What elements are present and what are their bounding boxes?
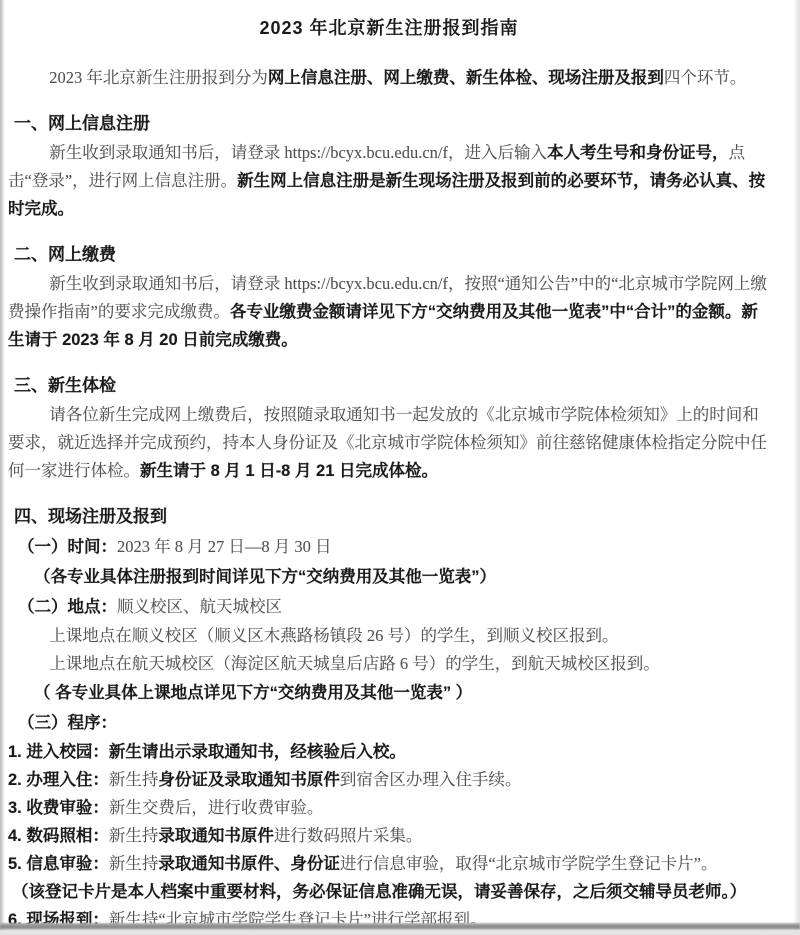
scan-bottom-edge-bar	[0, 923, 800, 930]
section-4-location: （二）地点：顺义校区、航天城校区	[8, 592, 770, 622]
text-run: 进行数码照片采集。	[274, 826, 423, 845]
section-4-time: （一）时间：2023 年 8 月 27 日—8 月 30 日	[8, 532, 770, 562]
text-run: 3. 收费审验：	[8, 799, 109, 817]
text-run: 5. 信息审验：	[8, 855, 109, 873]
text-run: 新生持	[109, 770, 159, 789]
text-run: 新生收到录取通知书后，请登录 https://bcyx.bcu.edu.cn/f…	[49, 143, 547, 162]
intro-paragraph: 2023 年北京新生注册报到分为网上信息注册、网上缴费、新生体检、现场注册及报到…	[8, 64, 770, 92]
text-run: 四个环节。	[664, 68, 747, 87]
text-run: （ 各专业具体上课地点详见下方“交纳费用及其他一览表” ）	[34, 684, 472, 702]
text-run: 上课地点在顺义校区（顺义区木燕路杨镇段 26 号）的学生，到顺义校区报到。	[49, 626, 618, 645]
text-run: 顺义校区、航天城校区	[117, 597, 282, 616]
procedure-step-5-note: （该登记卡片是本人档案中重要材料，务必保证信息准确无误，请妥善保存，之后须交辅导…	[8, 878, 770, 906]
text-run: （二）地点：	[18, 598, 117, 616]
procedure-step-3: 3. 收费审验：新生交费后，进行收费审验。	[8, 794, 770, 822]
section-3-heading: 三、新生体检	[8, 371, 770, 401]
text-run: 录取通知书原件	[158, 827, 274, 845]
text-run: 录取通知书原件、身份证	[158, 855, 340, 873]
text-run: 四、现场注册及报到	[14, 507, 167, 526]
procedure-step-2: 2. 办理入住：新生持身份证及录取通知书原件到宿舍区办理入住手续。	[8, 766, 770, 794]
section-4-location-detail-1: 上课地点在顺义校区（顺义区木燕路杨镇段 26 号）的学生，到顺义校区报到。	[8, 622, 770, 650]
text-run: 新生持	[109, 826, 159, 845]
page-title: 2023 年北京新生注册报到指南	[8, 16, 770, 40]
text-run: 2. 办理入住：	[8, 771, 109, 789]
text-run: 进行信息审验，取得“北京城市学院学生登记卡片”。	[340, 854, 718, 873]
text-run: 一、网上信息注册	[14, 114, 150, 133]
text-run: 2023 年 8 月 27 日—8 月 30 日	[117, 537, 332, 556]
text-run: 4. 数码照相：	[8, 827, 109, 845]
section-1-body: 新生收到录取通知书后，请登录 https://bcyx.bcu.edu.cn/f…	[8, 139, 770, 223]
text-run: 本人考生号和身份证号，	[547, 144, 729, 162]
section-4-time-note: （各专业具体注册报到时间详见下方“交纳费用及其他一览表”）	[8, 562, 770, 592]
section-1-heading: 一、网上信息注册	[8, 109, 770, 139]
text-run: 新生交费后，进行收费审验。	[109, 798, 324, 817]
document-content: 2023 年北京新生注册报到指南 2023 年北京新生注册报到分为网上信息注册、…	[0, 0, 800, 934]
scan-edge-right-shadow	[793, 0, 800, 935]
text-run: 上课地点在航天城校区（海淀区航天城皇后店路 6 号）的学生，到航天城校区报到。	[49, 654, 660, 673]
section-4-location-note: （ 各专业具体上课地点详见下方“交纳费用及其他一览表” ）	[8, 678, 770, 708]
text-run: 三、新生体检	[14, 376, 116, 395]
procedure-step-4: 4. 数码照相：新生持录取通知书原件进行数码照片采集。	[8, 822, 770, 850]
document-body: 2023 年北京新生注册报到分为网上信息注册、网上缴费、新生体检、现场注册及报到…	[8, 64, 770, 934]
text-run: 到宿舍区办理入住手续。	[340, 770, 522, 789]
text-run: 身份证及录取通知书原件	[158, 771, 340, 789]
section-4-procedure-heading: （三）程序：	[8, 708, 770, 738]
text-run: 新生请于 8 月 1 日-8 月 21 日完成体检。	[140, 462, 438, 480]
text-run: （三）程序：	[18, 714, 117, 732]
text-run: （一）时间：	[18, 538, 117, 556]
section-2-body: 新生收到录取通知书后，请登录 https://bcyx.bcu.edu.cn/f…	[8, 270, 770, 354]
section-3-body: 请各位新生完成网上缴费后，按照随录取通知书一起发放的《北京城市学院体检须知》上的…	[8, 401, 770, 485]
text-run: （各专业具体注册报到时间详见下方“交纳费用及其他一览表”）	[34, 568, 496, 586]
text-run: 网上信息注册、网上缴费、新生体检、现场注册及报到	[268, 69, 664, 87]
scan-bottom-edge-light	[0, 930, 800, 935]
scan-edge-left-shadow	[0, 0, 5, 935]
procedure-step-5: 5. 信息审验：新生持录取通知书原件、身份证进行信息审验，取得“北京城市学院学生…	[8, 850, 770, 878]
scanned-document-page: 2023 年北京新生注册报到指南 2023 年北京新生注册报到分为网上信息注册、…	[0, 0, 800, 935]
text-run: 2023 年北京新生注册报到分为	[49, 68, 268, 87]
section-2-heading: 二、网上缴费	[8, 240, 770, 270]
procedure-step-1: 1. 进入校园：新生请出示录取通知书，经核验后入校。	[8, 738, 770, 766]
text-run: 新生持	[109, 854, 159, 873]
text-run: 1. 进入校园：新生请出示录取通知书，经核验后入校。	[8, 743, 406, 761]
section-4-heading: 四、现场注册及报到	[8, 502, 770, 532]
text-run: （该登记卡片是本人档案中重要材料，务必保证信息准确无误，请妥善保存，之后须交辅导…	[12, 883, 746, 901]
section-4-location-detail-2: 上课地点在航天城校区（海淀区航天城皇后店路 6 号）的学生，到航天城校区报到。	[8, 650, 770, 678]
text-run: 二、网上缴费	[14, 245, 116, 264]
